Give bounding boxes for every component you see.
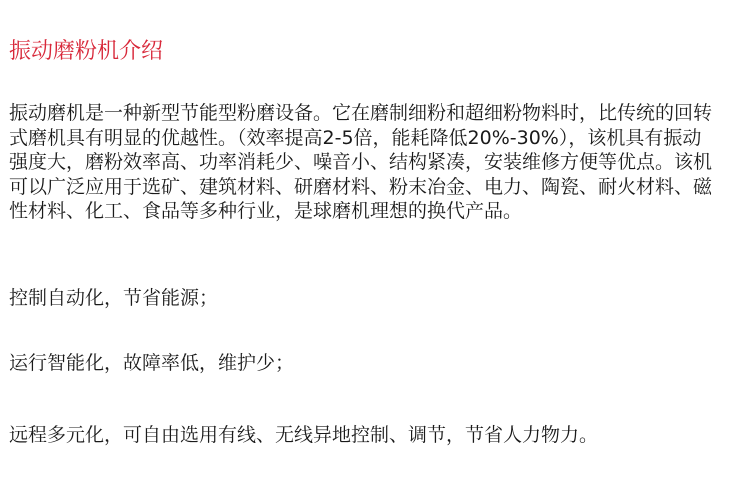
- intro-line: 强度大，磨粉效率高、功率消耗少、噪音小、结构紧凑，安装维修方便等优点。该机: [9, 150, 744, 175]
- intro-paragraph: 振动磨机是一种新型节能型粉磨设备。它在磨制细粉和超细粉物料时，比传统的回转 式磨…: [9, 101, 744, 224]
- feature-intelligent-operation: 运行智能化，故障率低，维护少；: [9, 348, 294, 375]
- intro-line: 式磨机具有明显的优越性。（效率提高2-5倍，能耗降低20%-30%），该机具有振…: [9, 126, 744, 151]
- page-title: 振动磨粉机介绍: [9, 34, 163, 65]
- intro-line: 性材料、化工、食品等多种行业，是球磨机理想的换代产品。: [9, 199, 744, 224]
- feature-automation: 控制自动化，节省能源；: [9, 283, 218, 310]
- intro-line: 可以广泛应用于选矿、建筑材料、研磨材料、粉末冶金、电力、陶瓷、耐火材料、磁: [9, 175, 744, 200]
- feature-remote-control: 远程多元化，可自由选用有线、无线异地控制、调节，节省人力物力。: [9, 420, 598, 447]
- intro-line: 振动磨机是一种新型节能型粉磨设备。它在磨制细粉和超细粉物料时，比传统的回转: [9, 101, 744, 126]
